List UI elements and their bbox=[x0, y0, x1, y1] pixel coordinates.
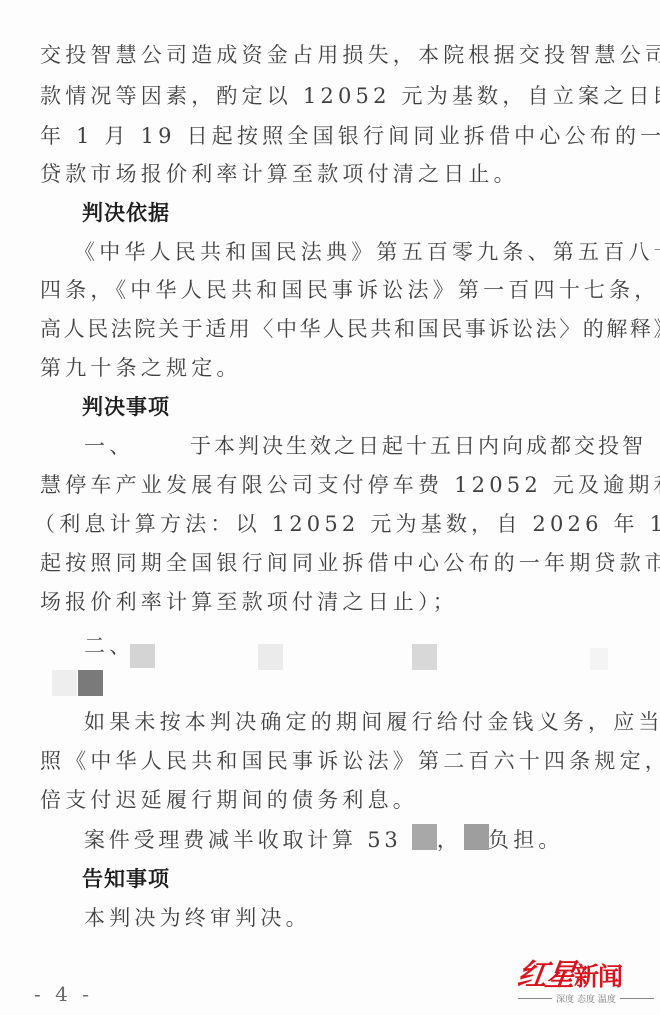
text-line: 年 1 月 19 日起按照全国银行间同业拆借中心公布的一年期 bbox=[40, 121, 606, 151]
text-line: 起按照同期全国银行间同业拆借中心公布的一年期贷款市 bbox=[40, 548, 606, 578]
text-line: 照《中华人民共和国民事诉讼法》第二百六十四条规定，加 bbox=[40, 746, 606, 776]
redaction-block bbox=[590, 648, 608, 670]
text-line: 第九十条之规定。 bbox=[40, 353, 606, 383]
red-star-news-logo: 红星新闻 深度 态度 温度 bbox=[518, 950, 658, 1010]
text-line: 四条，《中华人民共和国民事诉讼法》第一百四十七条，《最 bbox=[40, 275, 606, 305]
logo-brand-text: 新闻 bbox=[574, 957, 622, 993]
text-line: 案件受理费减半收取计算 53 元， bbox=[84, 825, 384, 855]
logo-tagline: 深度 态度 温度 bbox=[518, 992, 654, 1005]
logo-tagline-text: 深度 态度 温度 bbox=[556, 992, 616, 1005]
logo-wordmark: 红星新闻 bbox=[518, 950, 622, 990]
redaction-block bbox=[412, 824, 437, 850]
document-page: 交投智慧公司造成资金占用损失，本院根据交投智慧公司催 款情况等因素，酌定以 12… bbox=[0, 0, 660, 1015]
redaction-block bbox=[78, 670, 103, 696]
text-line: 于本判决生效之日起十五日内向成都交投智 bbox=[190, 431, 606, 461]
text-line: 倍支付迟延履行期间的债务利息。 bbox=[40, 785, 606, 815]
text-line: 场报价利率计算至款项付清之日止）； bbox=[40, 587, 606, 617]
divider bbox=[518, 998, 552, 999]
text-line: 交投智慧公司造成资金占用损失，本院根据交投智慧公司催 bbox=[40, 40, 606, 70]
text-line: 《中华人民共和国民法典》第五百零九条、第五百八十 bbox=[74, 237, 606, 267]
page-number: - 4 - bbox=[34, 982, 93, 1006]
text-line: 本判决为终审判决。 bbox=[84, 903, 384, 933]
text-line: 如果未按本判决确定的期间履行给付金钱义务，应当依 bbox=[84, 707, 606, 737]
divider bbox=[620, 998, 654, 999]
item-number: 一、 bbox=[84, 431, 144, 461]
redaction-block bbox=[52, 670, 77, 696]
section-heading-basis: 判决依据 bbox=[82, 198, 170, 228]
redaction-block bbox=[412, 644, 437, 670]
logo-brand-script: 红星 bbox=[515, 950, 577, 994]
text-line: 贷款市场报价利率计算至款项付清之日止。 bbox=[40, 159, 606, 189]
text-line: 款情况等因素，酌定以 12052 元为基数，自立案之日即 2026 bbox=[40, 81, 606, 111]
text-line: 高人民法院关于适用〈中华人民共和国民事诉讼法〉的解释》 bbox=[40, 314, 606, 344]
text-line: 慧停车产业发展有限公司支付停车费 12052 元及逾期利息 bbox=[40, 470, 606, 500]
redaction-block bbox=[258, 644, 283, 670]
section-heading-notice: 告知事项 bbox=[82, 864, 170, 894]
section-heading-items: 判决事项 bbox=[82, 392, 170, 422]
text-line: 负担。 bbox=[488, 825, 588, 855]
redaction-block bbox=[464, 824, 489, 850]
text-line: （利息计算方法：以 12052 元为基数，自 2026 年 1 月 19 日 bbox=[34, 509, 606, 539]
redaction-block bbox=[130, 644, 155, 668]
